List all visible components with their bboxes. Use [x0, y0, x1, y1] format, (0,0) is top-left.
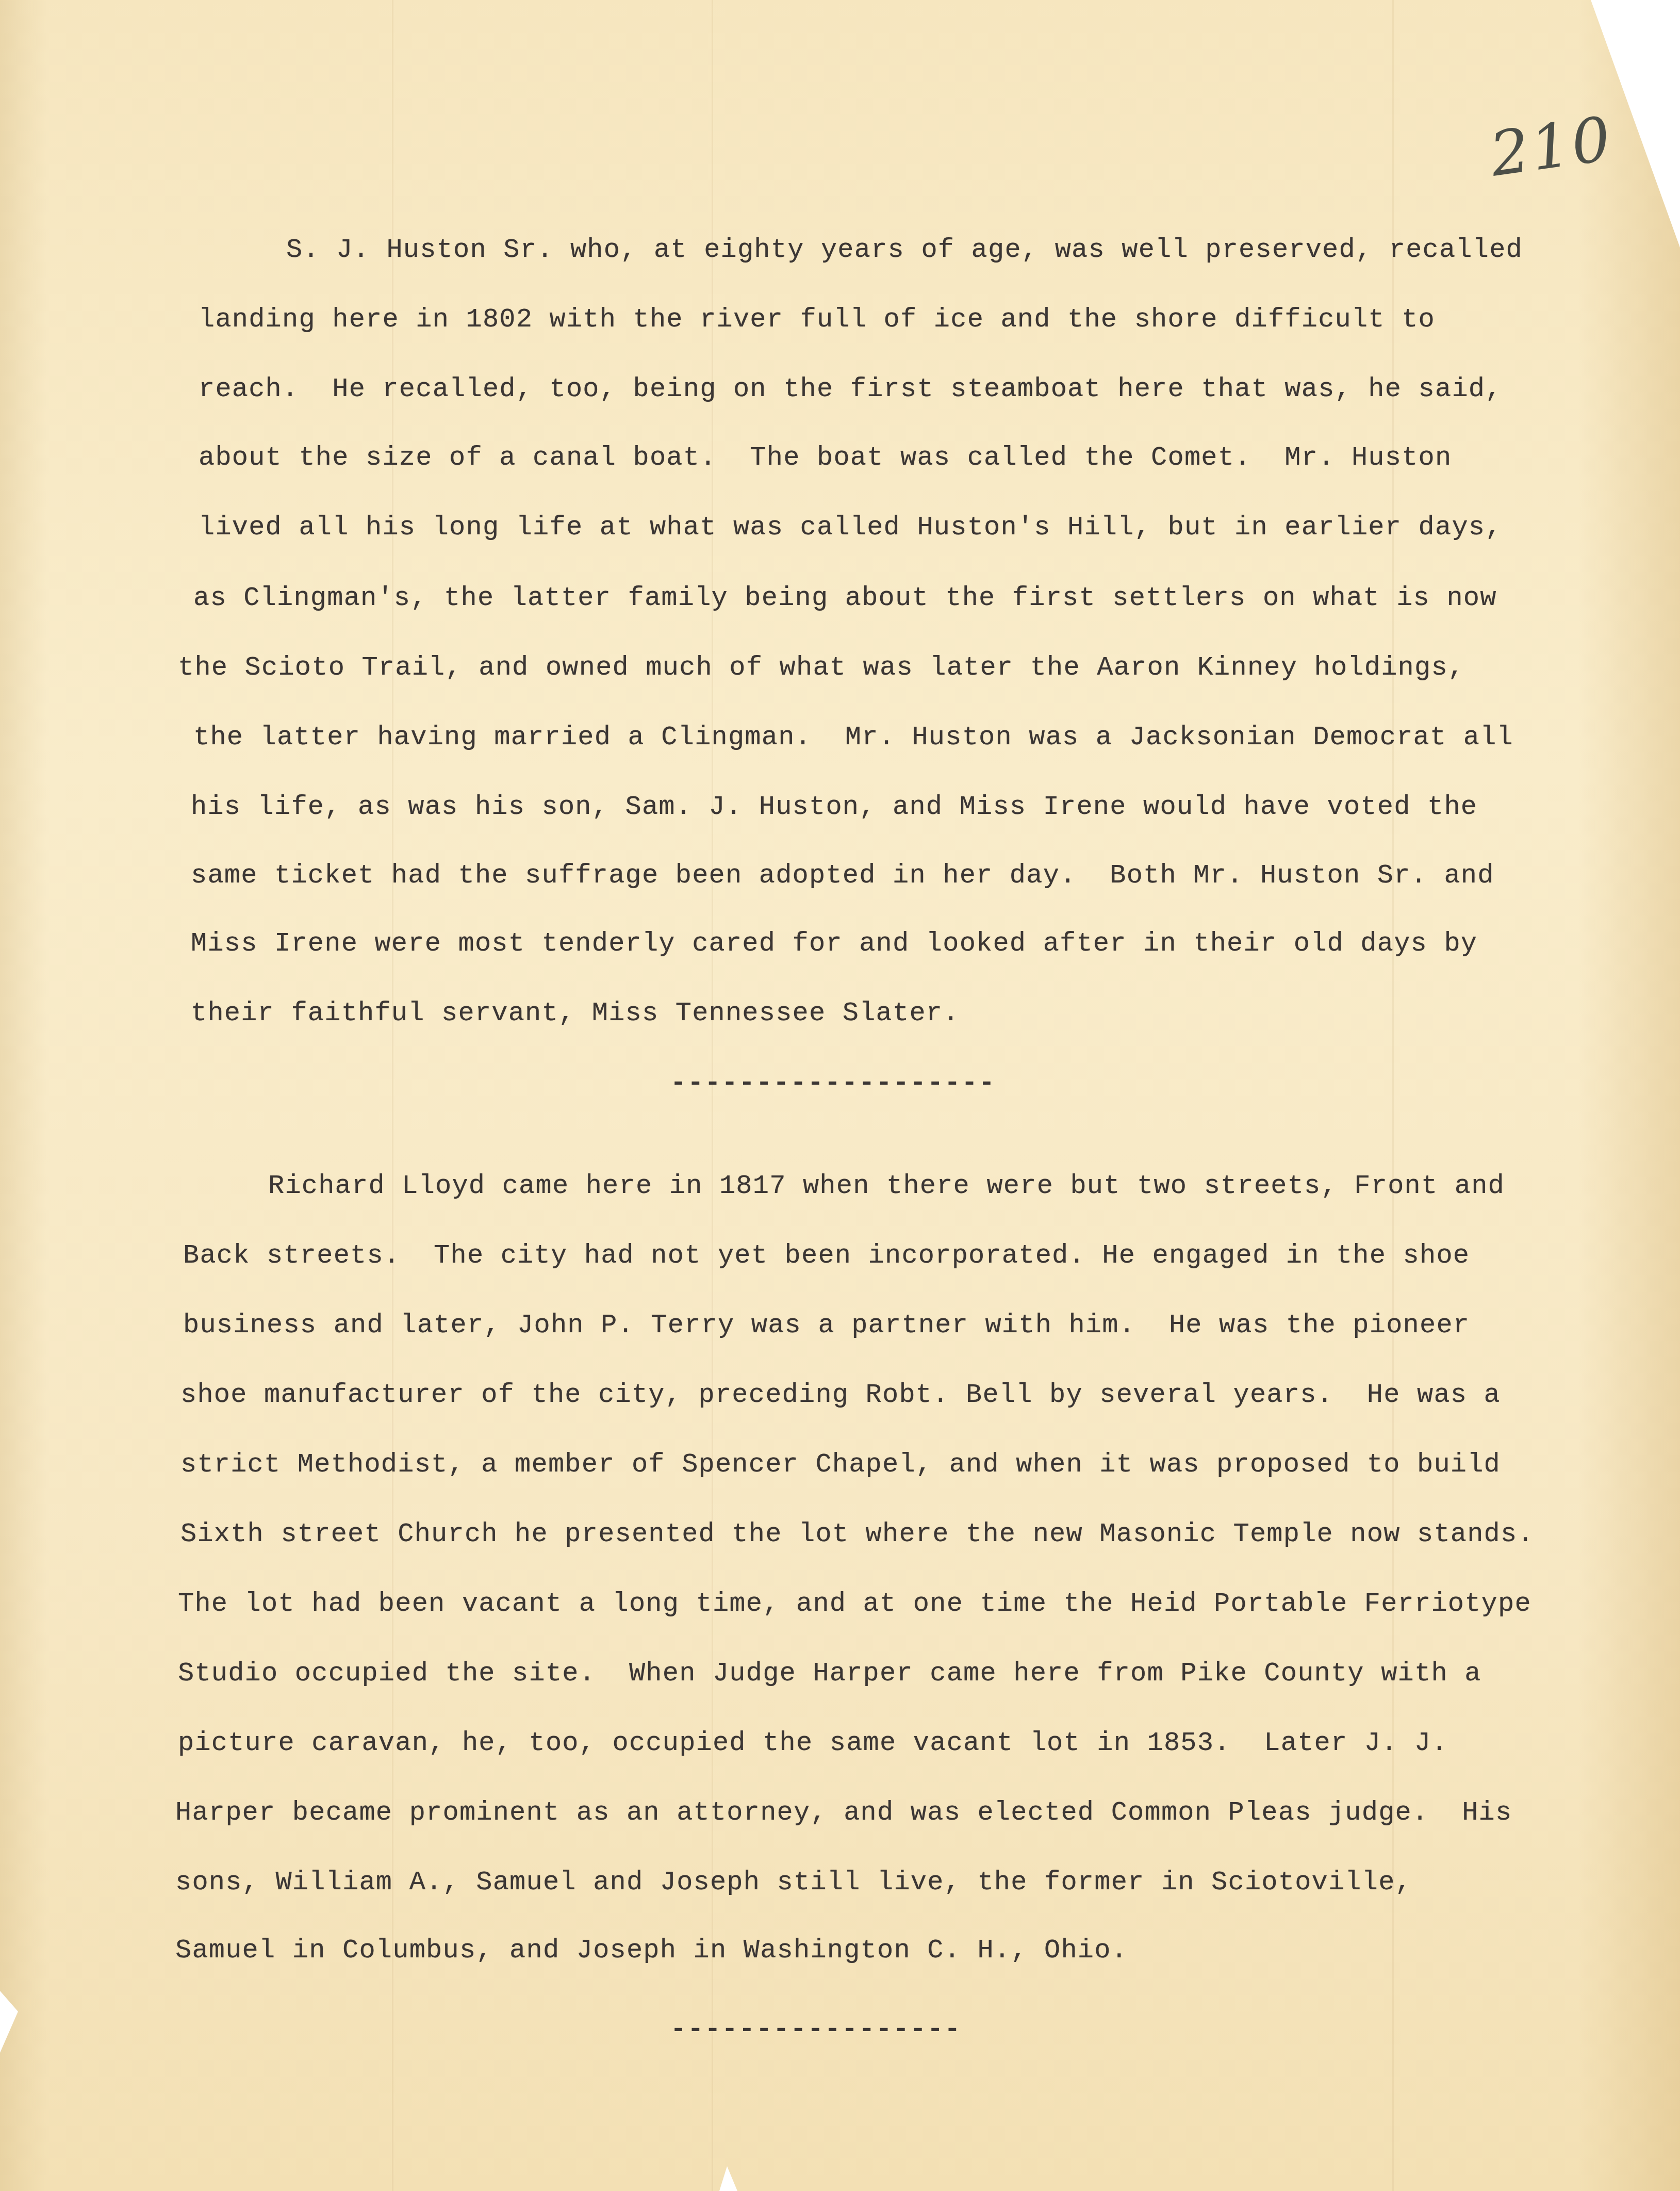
text-line: the latter having married a Clingman. Mr…	[193, 722, 1513, 753]
text-line: reach. He recalled, too, being on the fi…	[199, 374, 1502, 404]
text-line: landing here in 1802 with the river full…	[199, 304, 1435, 335]
section-separator: -------------------	[670, 1068, 996, 1098]
text-line: Sixth street Church he presented the lot…	[180, 1519, 1534, 1549]
handwritten-page-number: 210	[1486, 103, 1617, 190]
text-line: sons, William A., Samuel and Joseph stil…	[175, 1867, 1412, 1898]
text-line: lived all his long life at what was call…	[199, 512, 1502, 543]
text-line: Richard Lloyd came here in 1817 when the…	[268, 1171, 1505, 1201]
text-line: his life, as was his son, Sam. J. Huston…	[191, 792, 1477, 822]
text-line: Back streets. The city had not yet been …	[183, 1240, 1470, 1271]
text-line: their faithful servant, Miss Tennessee S…	[191, 998, 960, 1028]
text-line: Harper became prominent as an attorney, …	[175, 1797, 1512, 1828]
text-line: picture caravan, he, too, occupied the s…	[178, 1728, 1448, 1758]
text-line: the Scioto Trail, and owned much of what…	[178, 652, 1464, 683]
text-line: The lot had been vacant a long time, and…	[178, 1589, 1531, 1619]
text-line: strict Methodist, a member of Spencer Ch…	[180, 1449, 1501, 1480]
text-line: as Clingman's, the latter family being a…	[193, 583, 1497, 613]
text-line: shoe manufacturer of the city, preceding…	[180, 1380, 1501, 1410]
typewritten-page: 210 S. J. Huston Sr. who, at eighty year…	[0, 0, 1680, 2191]
text-line: Samuel in Columbus, and Joseph in Washin…	[175, 1935, 1128, 1966]
text-line: business and later, John P. Terry was a …	[183, 1310, 1470, 1340]
text-line: Studio occupied the site. When Judge Har…	[178, 1658, 1481, 1689]
text-line: same ticket had the suffrage been adopte…	[191, 860, 1494, 891]
text-line: Miss Irene were most tenderly cared for …	[191, 928, 1477, 959]
text-line: about the size of a canal boat. The boat…	[199, 443, 1452, 473]
text-line: S. J. Huston Sr. who, at eighty years of…	[286, 235, 1523, 265]
section-separator: -----------------	[670, 2014, 962, 2045]
